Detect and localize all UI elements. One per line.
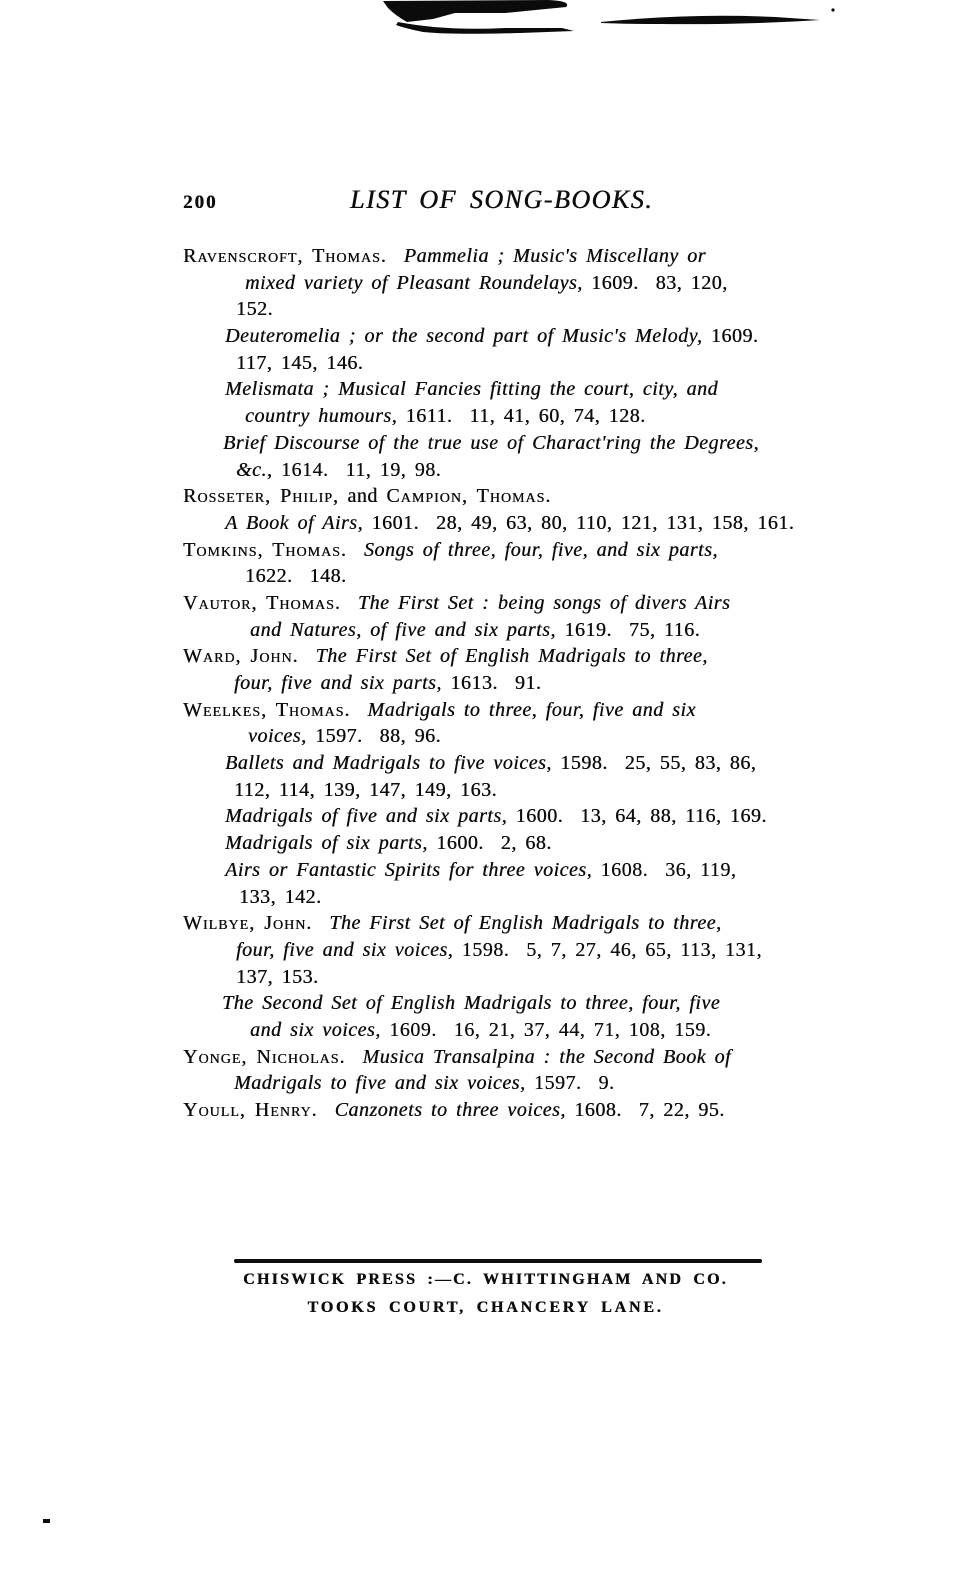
text-segment: 1609. 16, 21, 37, 44, 71, 108, 159. bbox=[389, 1019, 711, 1041]
ink-smudge-top-left-underline bbox=[396, 22, 574, 34]
entry-line: 152. bbox=[183, 296, 883, 323]
text-segment: 152. bbox=[236, 298, 273, 320]
text-segment: The Second Set of English Madrigals to t… bbox=[222, 992, 720, 1014]
text-segment: Ravenscroft, Thomas. bbox=[183, 245, 387, 267]
entry-line: Wilbye, John. The First Set of English M… bbox=[183, 910, 883, 937]
text-segment: four, five and six parts, bbox=[234, 672, 450, 694]
text-segment: Airs or Fantastic Spirits for three voic… bbox=[225, 859, 601, 881]
page-number: 200 bbox=[183, 192, 218, 214]
entry-lines: Ravenscroft, Thomas. Pammelia ; Music's … bbox=[183, 243, 883, 1124]
text-segment: Madrigals of six parts, bbox=[225, 832, 436, 854]
text-segment: Madrigals to five and six voices, bbox=[234, 1072, 534, 1094]
footer-rule bbox=[234, 1259, 762, 1263]
text-segment: Youll, Henry. bbox=[183, 1099, 318, 1121]
text-segment: 1598. 5, 7, 27, 46, 65, 113, 131, bbox=[462, 939, 762, 961]
text-segment: Ballets and Madrigals to five voices, bbox=[225, 752, 560, 774]
entry-line: Deuteromelia ; or the second part of Mus… bbox=[183, 323, 883, 350]
text-segment: Vautor, Thomas. bbox=[183, 592, 341, 614]
entry-line: Youll, Henry. Canzonets to three voices,… bbox=[183, 1097, 883, 1124]
entry-line: voices, 1597. 88, 96. bbox=[183, 723, 883, 750]
text-segment: 1619. 75, 116. bbox=[564, 619, 700, 641]
entry-line: Vautor, Thomas. The First Set : being so… bbox=[183, 590, 883, 617]
text-segment: four, five and six voices, bbox=[236, 939, 462, 961]
text-segment: 1597. 9. bbox=[534, 1072, 615, 1094]
ink-speck-bottom-left bbox=[43, 1519, 50, 1523]
text-segment: Madrigals of five and six parts, bbox=[225, 805, 516, 827]
entry-line: Tomkins, Thomas. Songs of three, four, f… bbox=[183, 537, 883, 564]
text-segment: Wilbye, John. bbox=[183, 912, 312, 934]
text-segment: and Natures, of five and six parts, bbox=[250, 619, 564, 641]
text-segment: Campion, Thomas. bbox=[386, 485, 551, 507]
entry-line: Ballets and Madrigals to five voices, 15… bbox=[183, 750, 883, 777]
entry-line: four, five and six voices, 1598. 5, 7, 2… bbox=[183, 937, 883, 964]
text-segment: Yonge, Nicholas. bbox=[183, 1046, 345, 1068]
entry-line: Rosseter, Philip, and Campion, Thomas. bbox=[183, 483, 883, 510]
entry-line: 117, 145, 146. bbox=[183, 350, 883, 377]
ink-speck-top-right bbox=[831, 8, 834, 11]
text-segment: The First Set : being songs of divers Ai… bbox=[341, 592, 730, 614]
entry-line: The Second Set of English Madrigals to t… bbox=[183, 990, 883, 1017]
entry-line: Madrigals to five and six voices, 1597. … bbox=[183, 1070, 883, 1097]
text-segment: The First Set of English Madrigals to th… bbox=[299, 645, 708, 667]
text-segment: mixed variety of Pleasant Roundelays, bbox=[245, 272, 591, 294]
text-segment: Madrigals to three, four, five and six bbox=[350, 699, 695, 721]
text-segment: Canzonets to three voices, bbox=[318, 1099, 575, 1121]
entry-line: Madrigals of six parts, 1600. 2, 68. bbox=[183, 830, 883, 857]
text-segment: Deuteromelia ; or the second part of Mus… bbox=[225, 325, 711, 347]
printer-imprint-line1: CHISWICK PRESS :—C. WHITTINGHAM AND CO. bbox=[0, 1271, 971, 1289]
text-segment: 1613. 91. bbox=[450, 672, 541, 694]
entry-line: Madrigals of five and six parts, 1600. 1… bbox=[183, 803, 883, 830]
entry-line: Melismata ; Musical Fancies fitting the … bbox=[183, 376, 883, 403]
text-segment: 137, 153. bbox=[236, 966, 319, 988]
entry-line: Brief Discourse of the true use of Chara… bbox=[183, 430, 883, 457]
entry-line: Weelkes, Thomas. Madrigals to three, fou… bbox=[183, 697, 883, 724]
ink-smudge-top-right bbox=[601, 16, 820, 24]
entry-line: Ravenscroft, Thomas. Pammelia ; Music's … bbox=[183, 243, 883, 270]
text-segment: Weelkes, Thomas. bbox=[183, 699, 350, 721]
entry-line: mixed variety of Pleasant Roundelays, 16… bbox=[183, 270, 883, 297]
entry-line: and Natures, of five and six parts, 1619… bbox=[183, 617, 883, 644]
text-segment: 117, 145, 146. bbox=[236, 352, 363, 374]
text-segment: A Book of Airs, bbox=[225, 512, 371, 534]
text-segment: 1609. bbox=[711, 325, 759, 347]
text-segment: &c., bbox=[236, 459, 281, 481]
text-segment: 1609. 83, 120, bbox=[591, 272, 728, 294]
entry-line: &c., 1614. 11, 19, 98. bbox=[183, 457, 883, 484]
text-segment: Brief Discourse of the true use of Chara… bbox=[223, 432, 759, 454]
text-segment: Rosseter, Philip, bbox=[183, 485, 339, 507]
text-segment: voices, bbox=[248, 725, 315, 747]
entry-line: four, five and six parts, 1613. 91. bbox=[183, 670, 883, 697]
entry-line: and six voices, 1609. 16, 21, 37, 44, 71… bbox=[183, 1017, 883, 1044]
entry-line: A Book of Airs, 1601. 28, 49, 63, 80, 11… bbox=[183, 510, 883, 537]
text-segment: Melismata ; Musical Fancies fitting the … bbox=[225, 378, 718, 400]
text-segment: 1598. 25, 55, 83, 86, bbox=[560, 752, 756, 774]
text-segment: 1601. 28, 49, 63, 80, 110, 121, 131, 158… bbox=[371, 512, 794, 534]
text-segment: 1600. 13, 64, 88, 116, 169. bbox=[516, 805, 767, 827]
text-segment: and bbox=[339, 485, 386, 507]
scanned-book-page: 200 LIST OF SONG-BOOKS. Ravenscroft, Tho… bbox=[0, 0, 971, 1570]
text-segment: 1611. 11, 41, 60, 74, 128. bbox=[406, 405, 646, 427]
entry-line: 1622. 148. bbox=[183, 563, 883, 590]
text-segment: country humours, bbox=[245, 405, 406, 427]
entry-line: Ward, John. The First Set of English Mad… bbox=[183, 643, 883, 670]
printer-imprint-line2: TOOKS COURT, CHANCERY LANE. bbox=[0, 1299, 971, 1317]
text-segment: 1608. 7, 22, 95. bbox=[574, 1099, 725, 1121]
text-segment: The First Set of English Madrigals to th… bbox=[312, 912, 721, 934]
page-title: LIST OF SONG-BOOKS. bbox=[350, 185, 653, 215]
text-segment: 1597. 88, 96. bbox=[315, 725, 441, 747]
text-segment: 133, 142. bbox=[239, 886, 322, 908]
text-segment: Ward, John. bbox=[183, 645, 299, 667]
text-segment: 1608. 36, 119, bbox=[601, 859, 737, 881]
text-segment: 1622. 148. bbox=[245, 565, 347, 587]
text-segment: and six voices, bbox=[250, 1019, 389, 1041]
text-segment: Songs of three, four, five, and six part… bbox=[347, 539, 718, 561]
entry-line: Airs or Fantastic Spirits for three voic… bbox=[183, 857, 883, 884]
ink-smudge-top-left bbox=[383, 0, 567, 22]
entry-line: 137, 153. bbox=[183, 964, 883, 991]
text-segment: 112, 114, 139, 147, 149, 163. bbox=[234, 779, 497, 801]
text-segment: 1600. 2, 68. bbox=[436, 832, 552, 854]
text-segment: Pammelia ; Music's Miscellany or bbox=[387, 245, 706, 267]
text-segment: Musica Transalpina : the Second Book of bbox=[345, 1046, 731, 1068]
entry-line: 133, 142. bbox=[183, 884, 883, 911]
entry-line: Yonge, Nicholas. Musica Transalpina : th… bbox=[183, 1044, 883, 1071]
text-segment: Tomkins, Thomas. bbox=[183, 539, 347, 561]
entry-line: country humours, 1611. 11, 41, 60, 74, 1… bbox=[183, 403, 883, 430]
text-segment: 1614. 11, 19, 98. bbox=[281, 459, 441, 481]
entry-line: 112, 114, 139, 147, 149, 163. bbox=[183, 777, 883, 804]
